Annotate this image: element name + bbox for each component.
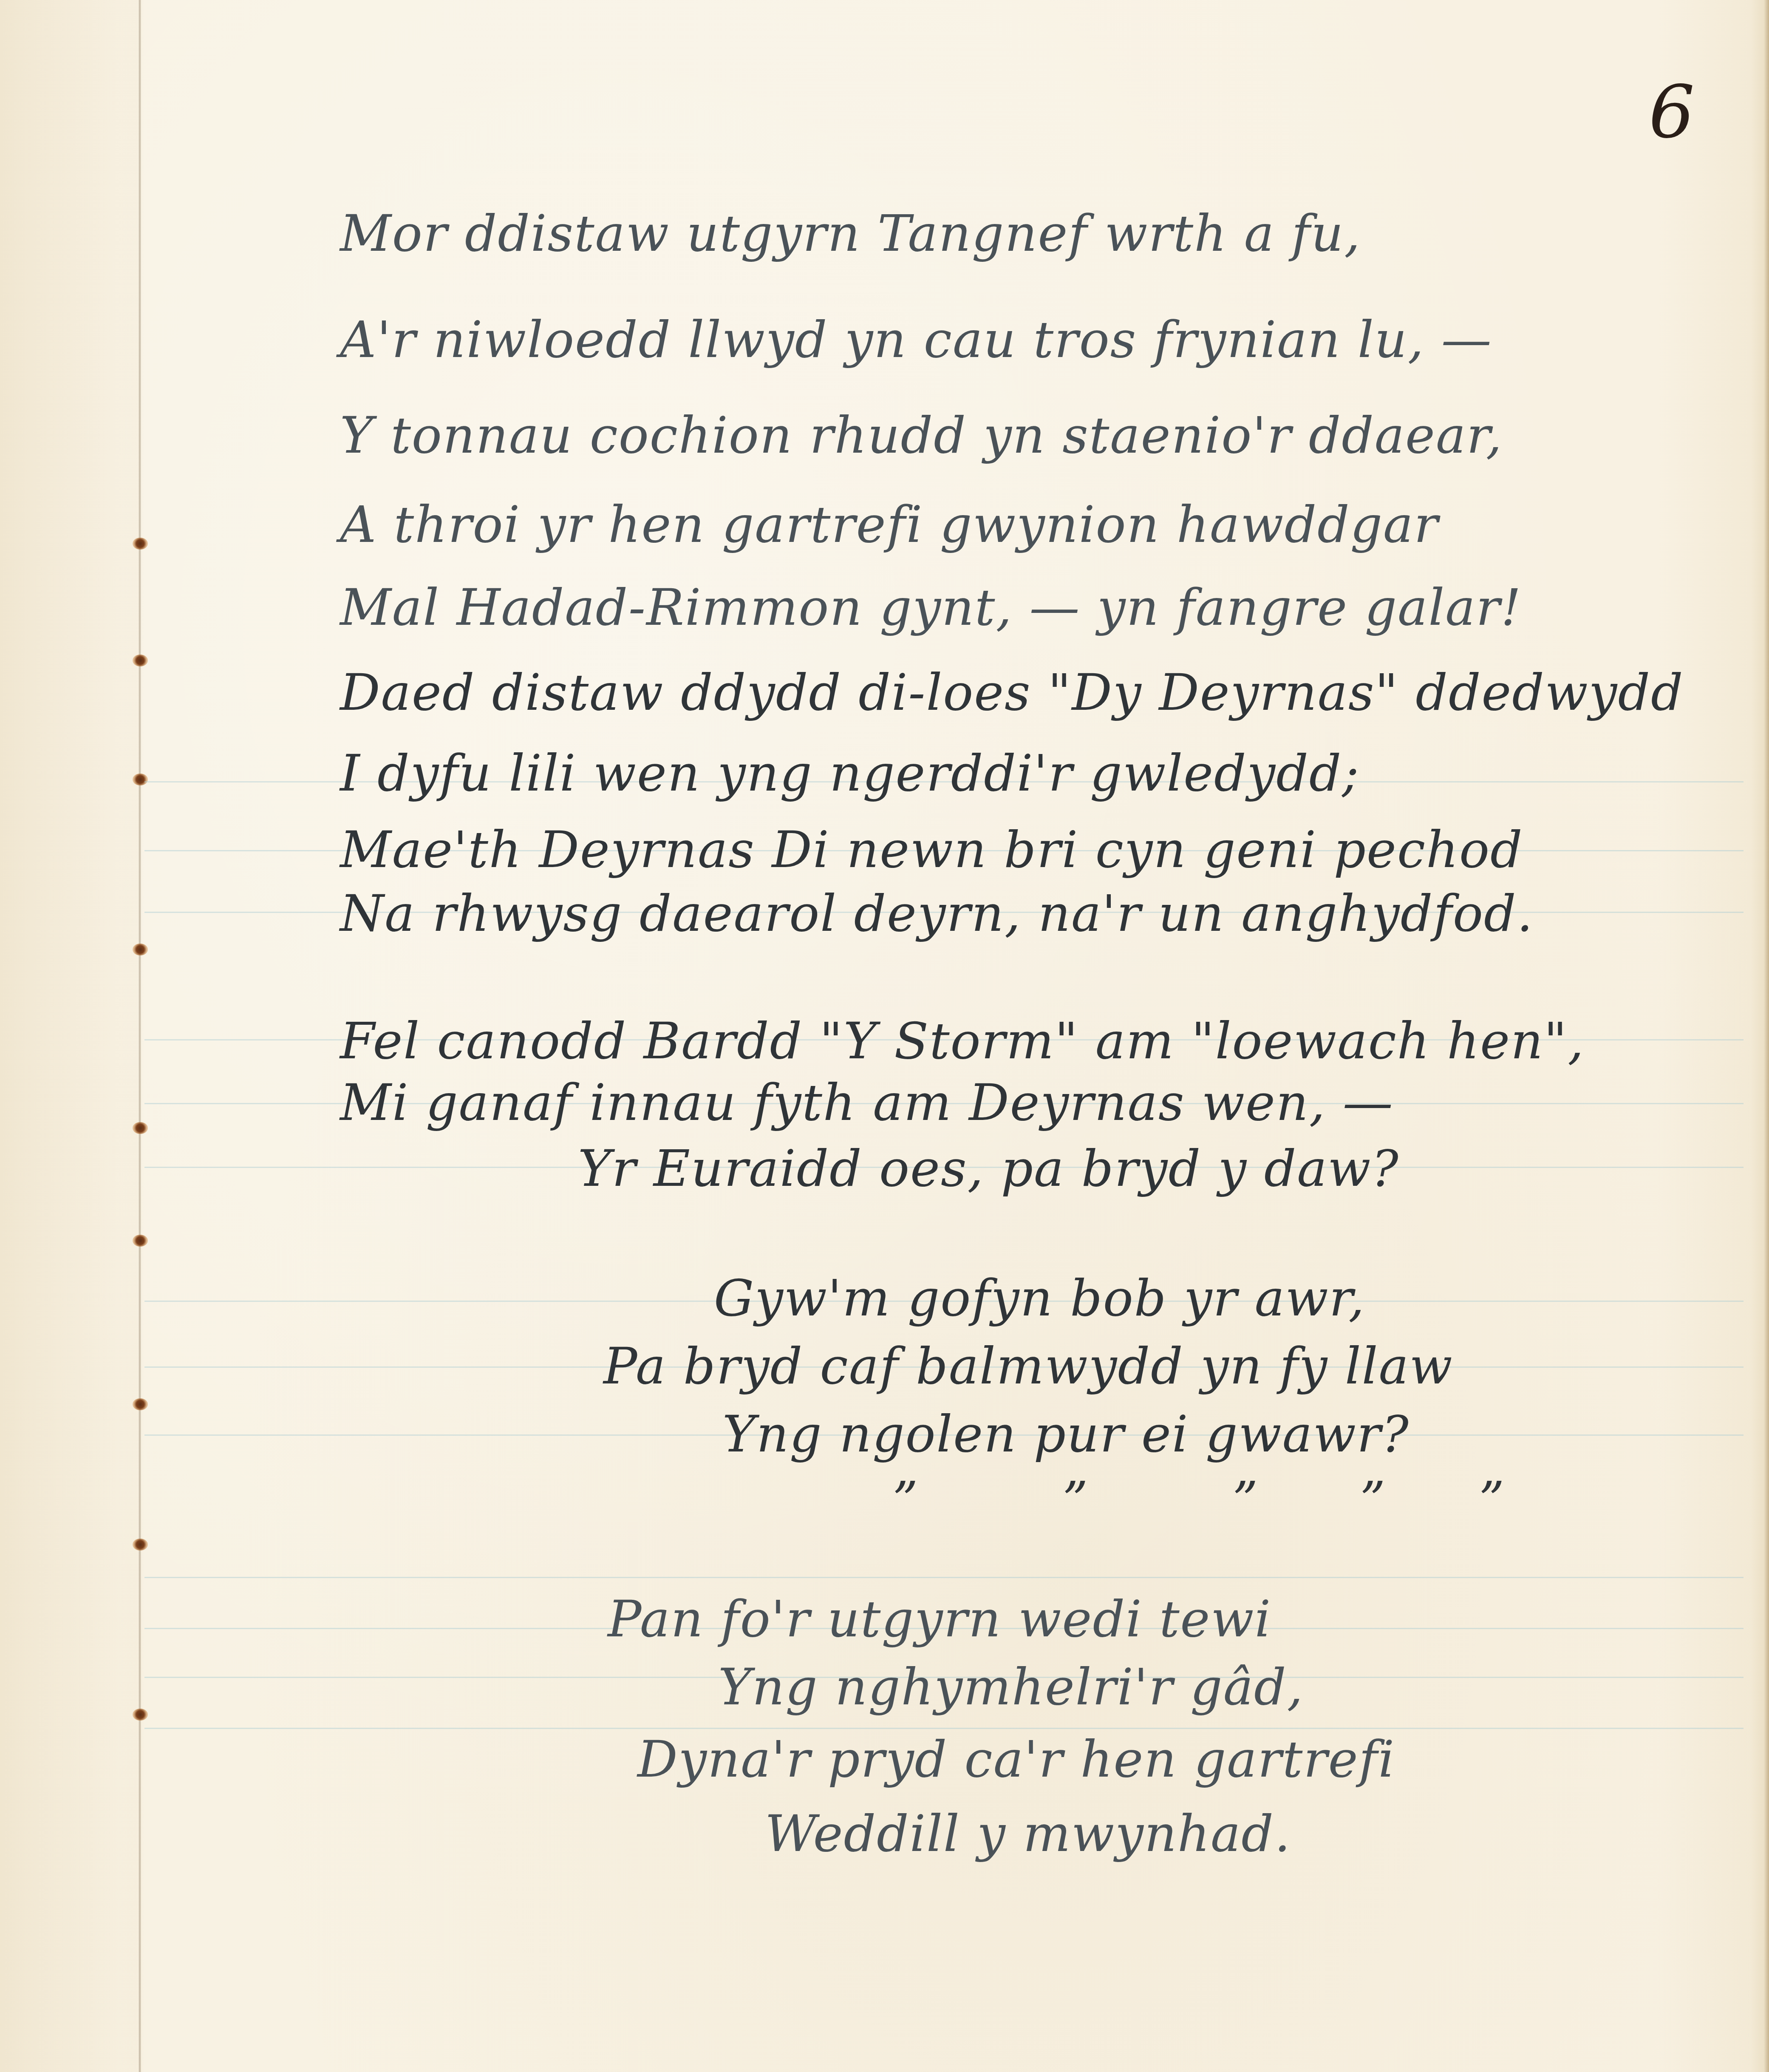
poem-line: Yng ngolen pur ei gwawr? (722, 1409, 1410, 1459)
page-right-edge (1764, 0, 1769, 2072)
poem-line: Weddill y mwynhad. (765, 1808, 1291, 1859)
ditto-mark: ” (1062, 1475, 1089, 1525)
left-margin-strip (0, 0, 140, 2072)
poem-line: I dyfu lili wen yng ngerddi'r gwledydd; (340, 748, 1360, 798)
ruled-line (144, 1577, 1744, 1578)
rust-staple-hole (133, 1398, 148, 1410)
poem-line: Fel canodd Bardd "Y Storm" am "loewach h… (340, 1016, 1585, 1066)
poem-line: A throi yr hen gartrefi gwynion hawddgar (340, 499, 1439, 550)
poem-line: Yng nghymhelri'r gâd, (718, 1662, 1304, 1712)
poem-line: Mae'th Deyrnas Di newn bri cyn geni pech… (340, 825, 1523, 875)
ditto-mark: ” (1232, 1475, 1259, 1525)
rust-staple-hole (133, 538, 148, 550)
rust-staple-hole (133, 1709, 148, 1721)
ditto-mark: ” (1360, 1475, 1386, 1525)
poem-line: Mi ganaf innau fyth am Deyrnas wen, — (340, 1077, 1394, 1128)
rust-staple-hole (133, 655, 148, 666)
manuscript-page: 6 Mor ddistaw utgyrn Tangnef wrth a fu, … (0, 0, 1769, 2072)
ditto-mark: ” (892, 1475, 919, 1525)
poem-line: Pa bryd caf balmwydd yn fy llaw (603, 1341, 1453, 1391)
poem-line: Mor ddistaw utgyrn Tangnef wrth a fu, (340, 208, 1361, 258)
poem-line: Y tonnau cochion rhudd yn staenio'r ddae… (340, 410, 1503, 460)
poem-line: Na rhwysg daearol deyrn, na'r un anghydf… (340, 888, 1534, 938)
ruled-line (144, 1728, 1744, 1729)
binding-fold (139, 0, 141, 2072)
poem-line: Pan fo'r utgyrn wedi tewi (608, 1594, 1271, 1644)
poem-line: A'r niwloedd llwyd yn cau tros frynian l… (340, 315, 1492, 365)
poem-line: Dyna'r pryd ca'r hen gartrefi (637, 1734, 1395, 1784)
rust-staple-hole (133, 1539, 148, 1550)
rust-staple-hole (133, 1122, 148, 1134)
rust-staple-hole (133, 944, 148, 955)
poem-line: Daed distaw ddydd di-loes "Dy Deyrnas" d… (340, 667, 1684, 717)
rust-staple-hole (133, 774, 148, 785)
poem-line: Mal Hadad-Rimmon gynt, — yn fangre galar… (340, 582, 1522, 632)
ditto-mark: ” (1479, 1475, 1505, 1525)
rust-staple-hole (133, 1235, 148, 1247)
poem-line: Gyw'm gofyn bob yr awr, (714, 1273, 1365, 1323)
page-number: 6 (1649, 77, 1695, 149)
poem-line: Yr Euraidd oes, pa bryd y daw? (578, 1143, 1399, 1193)
